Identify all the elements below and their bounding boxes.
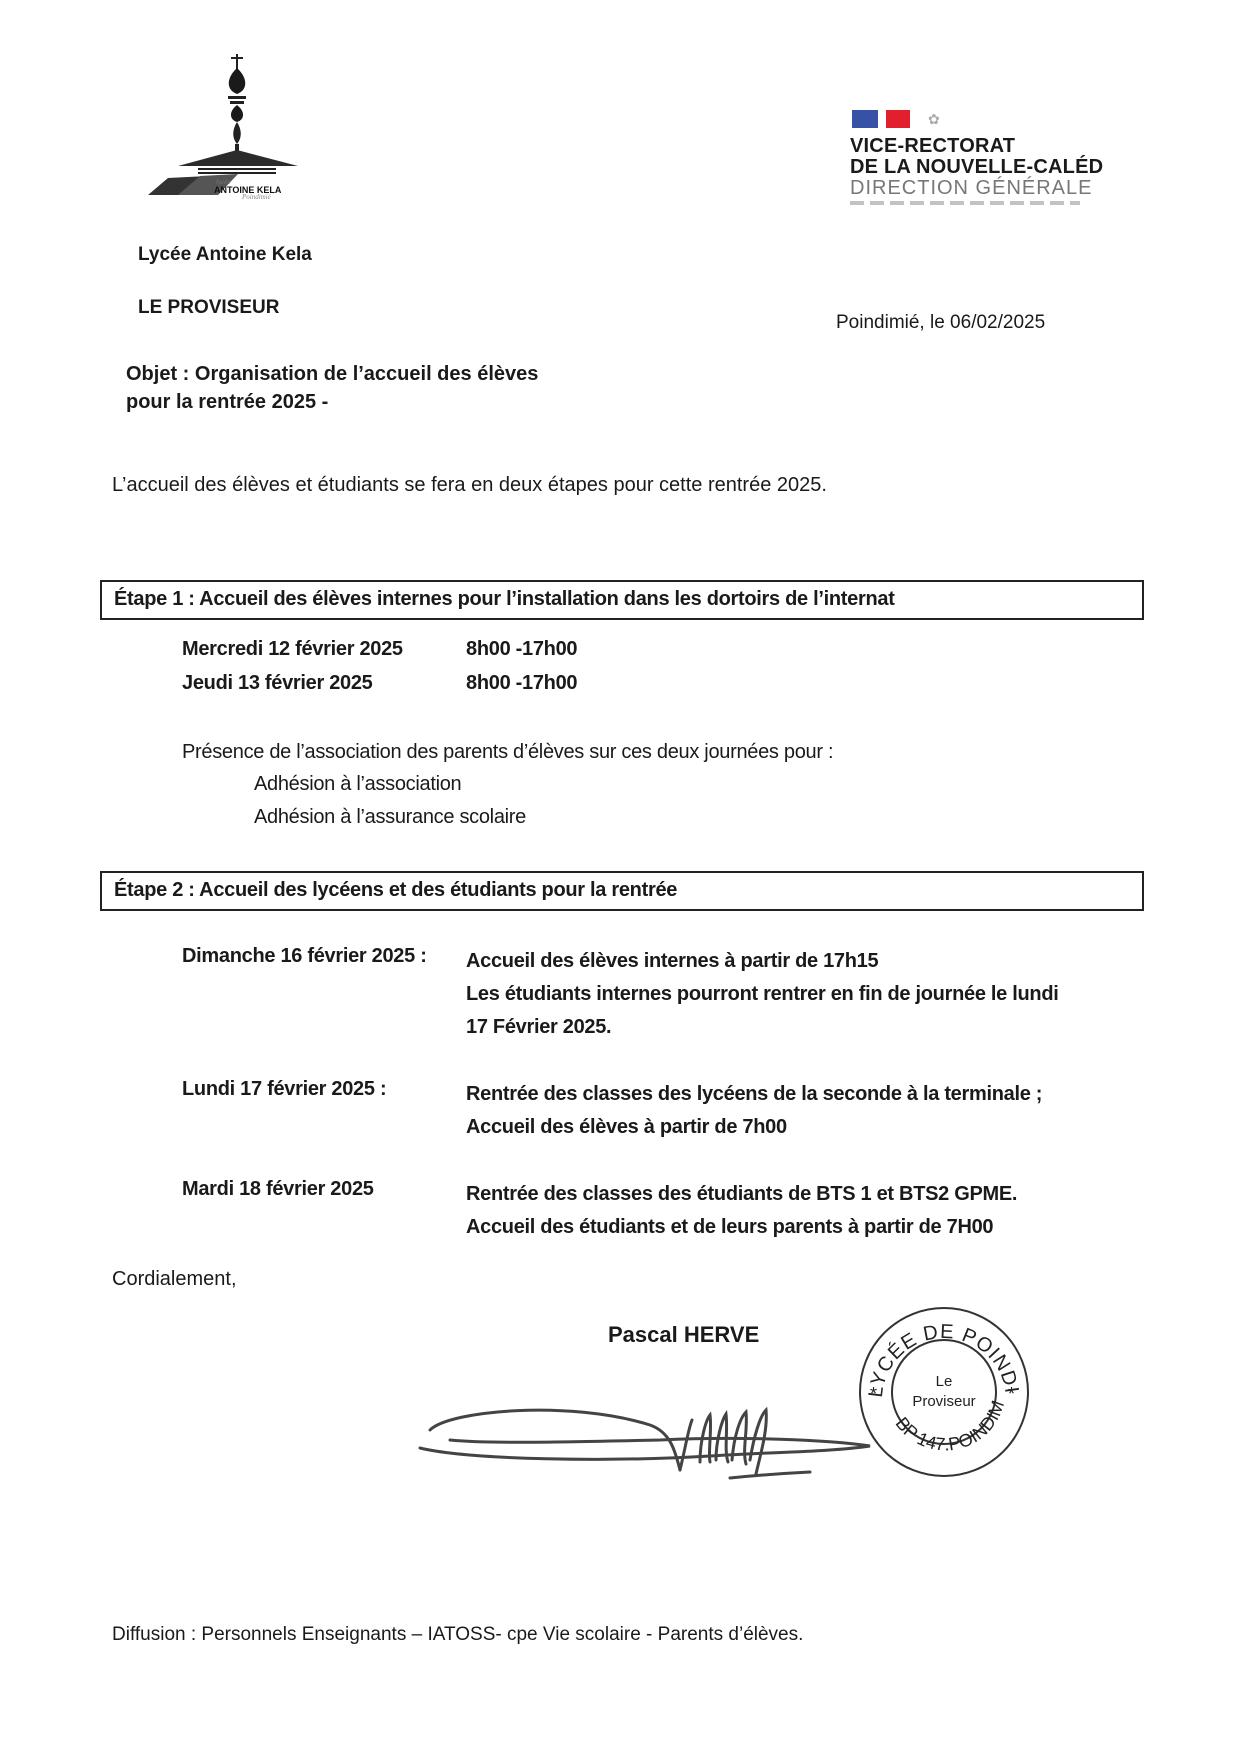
step-2-day-2: Lundi 17 février 2025 : <box>182 1078 386 1101</box>
subject-line-1: Objet : Organisation de l’accueil des él… <box>126 360 538 388</box>
svg-text:Poindimié: Poindimié <box>241 193 272 200</box>
svg-text:*: * <box>1008 1384 1015 1404</box>
step-2-day-1: Dimanche 16 février 2025 : <box>182 945 427 968</box>
association-item-1: Adhésion à l’association <box>254 773 461 796</box>
official-stamp: LYCÉE DE POINDIMIÉ BP 147.POINDIMIÉ * * … <box>852 1300 1036 1484</box>
signatory-name: Pascal HERVE <box>608 1322 759 1348</box>
step-1-day-1: Mercredi 12 février 2025 <box>182 638 403 661</box>
diffusion-list: Diffusion : Personnels Enseignants – IAT… <box>112 1624 803 1646</box>
official-header: ✿ VICE-RECTORAT DE LA NOUVELLE-CALÉD DIR… <box>850 108 1103 205</box>
signature <box>410 1370 880 1480</box>
step-1-day-2: Jeudi 13 février 2025 <box>182 672 373 695</box>
closing: Cordialement, <box>112 1268 237 1291</box>
place-date: Poindimié, le 06/02/2025 <box>836 312 1045 334</box>
sender-role: LE PROVISEUR <box>138 297 279 319</box>
step-2-title: Étape 2 : Accueil des lycéens et des étu… <box>114 879 677 902</box>
step-2-details-2: Rentrée des classes des lycéens de la se… <box>466 1078 1042 1144</box>
header-line-4-cut <box>850 201 1080 205</box>
step-2-day-3: Mardi 18 février 2025 <box>182 1178 374 1201</box>
subject-line-2: pour la rentrée 2025 - <box>126 388 538 416</box>
step-1-title: Étape 1 : Accueil des élèves internes po… <box>114 588 895 611</box>
step-1-hours-1: 8h00 -17h00 <box>466 638 577 661</box>
school-name: Lycée Antoine Kela <box>138 244 312 266</box>
intro-text: L’accueil des élèves et étudiants se fer… <box>112 474 827 497</box>
step-2-details-1: Accueil des élèves internes à partir de … <box>466 945 1059 1044</box>
subject: Objet : Organisation de l’accueil des él… <box>126 360 538 416</box>
flag-blue-icon <box>852 110 878 128</box>
svg-text:Le: Le <box>936 1373 953 1390</box>
step-2-details-3: Rentrée des classes des étudiants de BTS… <box>466 1178 1017 1244</box>
step-1-hours-2: 8h00 -17h00 <box>466 672 577 695</box>
header-line-1: VICE-RECTORAT <box>850 136 1103 157</box>
header-line-3: DIRECTION GÉNÉRALE <box>850 178 1103 199</box>
school-logo: lycée ANTOINE KELA Poindimié <box>138 50 338 200</box>
step-1-header: Étape 1 : Accueil des élèves internes po… <box>100 580 1144 620</box>
flag-red-icon <box>886 110 910 128</box>
association-note: Présence de l’association des parents d’… <box>182 741 833 764</box>
svg-text:*: * <box>870 1384 877 1404</box>
step-2-header: Étape 2 : Accueil des lycéens et des étu… <box>100 871 1144 911</box>
association-item-2: Adhésion à l’assurance scolaire <box>254 806 526 829</box>
svg-text:Proviseur: Proviseur <box>912 1393 975 1410</box>
header-line-2: DE LA NOUVELLE-CALÉD <box>850 157 1103 178</box>
marianne-icon: ✿ <box>928 109 942 129</box>
